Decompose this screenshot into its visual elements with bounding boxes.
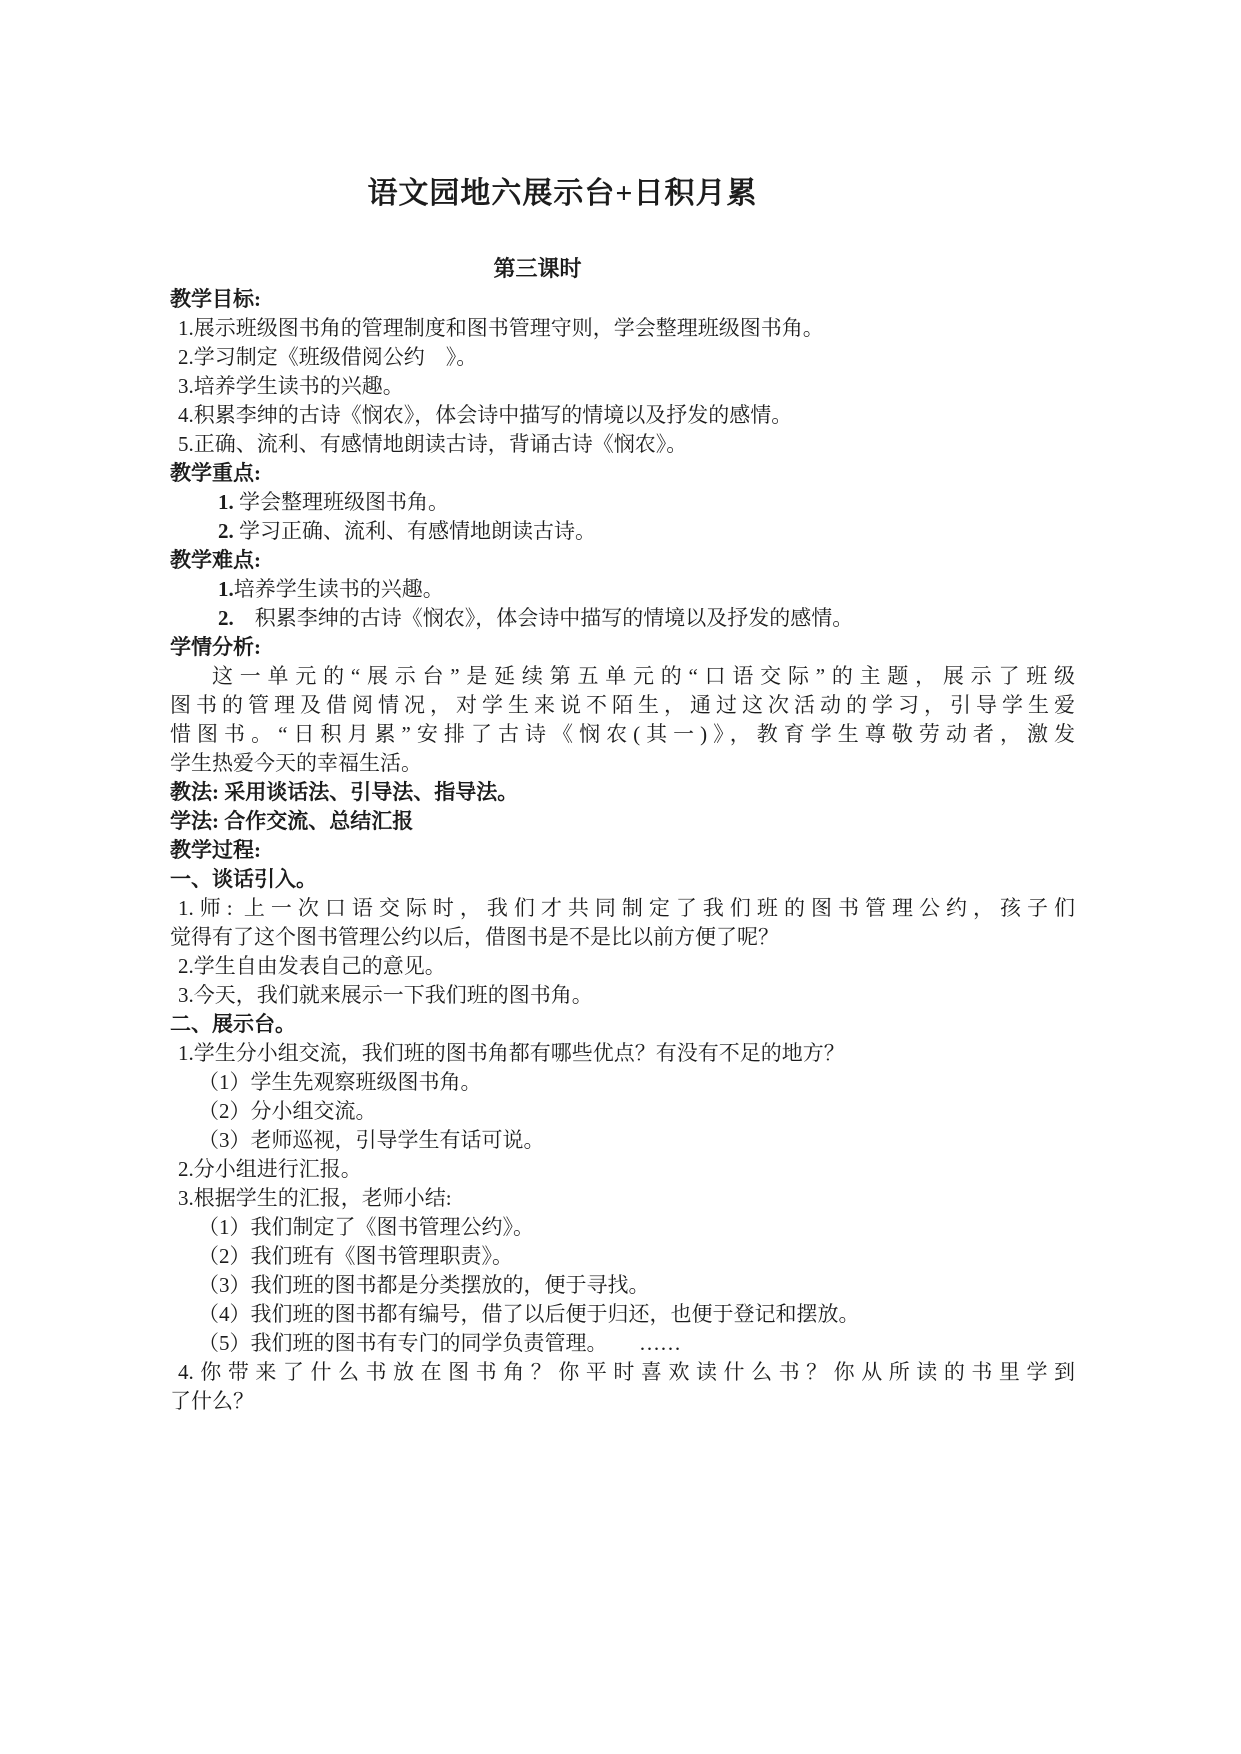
doc-line: 3.今天，我们就来展示一下我们班的图书角。 — [170, 981, 1075, 1010]
list-number: 1. — [218, 577, 234, 601]
doc-line: 1.培养学生读书的兴趣。 — [170, 575, 1075, 604]
doc-line: 2.学生自由发表自己的意见。 — [170, 952, 1075, 981]
document-title: 语文园地六展示台+日积月累 — [170, 172, 1075, 216]
doc-line: 1. 学会整理班级图书角。 — [170, 488, 1075, 517]
section-heading-display-stand: 二、展示台。 — [170, 1010, 1075, 1039]
doc-line: 5.正确、流利、有感情地朗读古诗，背诵古诗《悯农》。 — [170, 430, 1075, 459]
doc-line: 3.根据学生的汇报，老师小结: — [170, 1184, 1075, 1213]
doc-line: 3.培养学生读书的兴趣。 — [170, 372, 1075, 401]
paragraph-line: 图书的管理及借阅情况，对学生来说不陌生，通过这次活动的学习，引导学生爱 — [170, 691, 1075, 720]
doc-line: 1.展示班级图书角的管理制度和图书管理守则，学会整理班级图书角。 — [170, 314, 1075, 343]
doc-line: （2）分小组交流。 — [170, 1097, 1075, 1126]
doc-line: 觉得有了这个图书管理公约以后，借图书是不是比以前方便了呢？ — [170, 923, 1075, 952]
section-heading-difficulties: 教学难点: — [170, 546, 1075, 575]
section-heading-learning-method: 学法: 合作交流、总结汇报 — [170, 807, 1075, 836]
section-heading-objectives: 教学目标: — [170, 285, 1075, 314]
section-heading-teaching-method: 教法: 采用谈话法、引导法、指导法。 — [170, 778, 1075, 807]
doc-line: （1）学生先观察班级图书角。 — [170, 1068, 1075, 1097]
paragraph-line: 这一单元的“展示台”是延续第五单元的“口语交际”的主题，展示了班级 — [170, 662, 1075, 691]
section-heading-intro-talk: 一、谈话引入。 — [170, 865, 1075, 894]
section-heading-process: 教学过程: — [170, 836, 1075, 865]
doc-line: （3）老师巡视，引导学生有话可说。 — [170, 1126, 1075, 1155]
doc-line: 2.学习制定《班级借阅公约 》。 — [170, 343, 1075, 372]
list-text: 培养学生读书的兴趣。 — [234, 577, 444, 601]
doc-line: 2. 积累李绅的古诗《悯农》，体会诗中描写的情境以及抒发的感情。 — [170, 604, 1075, 633]
paragraph-line: 学生热爱今天的幸福生活。 — [170, 749, 1075, 778]
doc-line: （3）我们班的图书都是分类摆放的，便于寻找。 — [170, 1271, 1075, 1300]
doc-line: 1.学生分小组交流，我们班的图书角都有哪些优点？有没有不足的地方？ — [170, 1039, 1075, 1068]
doc-line: 4.你带来了什么书放在图书角？你平时喜欢读什么书？你从所读的书里学到 — [170, 1358, 1075, 1387]
section-heading-key-points: 教学重点: — [170, 459, 1075, 488]
doc-line: 2. 学习正确、流利、有感情地朗读古诗。 — [170, 517, 1075, 546]
list-text: 积累李绅的古诗《悯农》，体会诗中描写的情境以及抒发的感情。 — [234, 606, 854, 630]
document-content: 语文园地六展示台+日积月累 第三课时 教学目标: 1.展示班级图书角的管理制度和… — [170, 172, 1075, 1416]
doc-line: （2）我们班有《图书管理职责》。 — [170, 1242, 1075, 1271]
doc-line: （5）我们班的图书有专门的同学负责管理。 …… — [170, 1329, 1075, 1358]
doc-line: （1）我们制定了《图书管理公约》。 — [170, 1213, 1075, 1242]
document-subtitle: 第三课时 — [170, 252, 1075, 285]
document-page: 语文园地六展示台+日积月累 第三课时 教学目标: 1.展示班级图书角的管理制度和… — [0, 0, 1241, 1754]
doc-line: 了什么？ — [170, 1387, 1075, 1416]
doc-line: （4）我们班的图书都有编号，借了以后便于归还，也便于登记和摆放。 — [170, 1300, 1075, 1329]
list-text: 学习正确、流利、有感情地朗读古诗。 — [234, 519, 596, 543]
doc-line: 2.分小组进行汇报。 — [170, 1155, 1075, 1184]
list-number: 2. — [218, 606, 234, 630]
doc-line: 1.师: 上一次口语交际时，我们才共同制定了我们班的图书管理公约，孩子们 — [170, 894, 1075, 923]
list-number: 2. — [218, 519, 234, 543]
list-text: 学会整理班级图书角。 — [234, 490, 449, 514]
paragraph-line: 惜图书。“日积月累”安排了古诗《悯农(其一)》，教育学生尊敬劳动者，激发 — [170, 720, 1075, 749]
section-heading-learner-analysis: 学情分析: — [170, 633, 1075, 662]
list-number: 1. — [218, 490, 234, 514]
doc-line: 4.积累李绅的古诗《悯农》，体会诗中描写的情境以及抒发的感情。 — [170, 401, 1075, 430]
